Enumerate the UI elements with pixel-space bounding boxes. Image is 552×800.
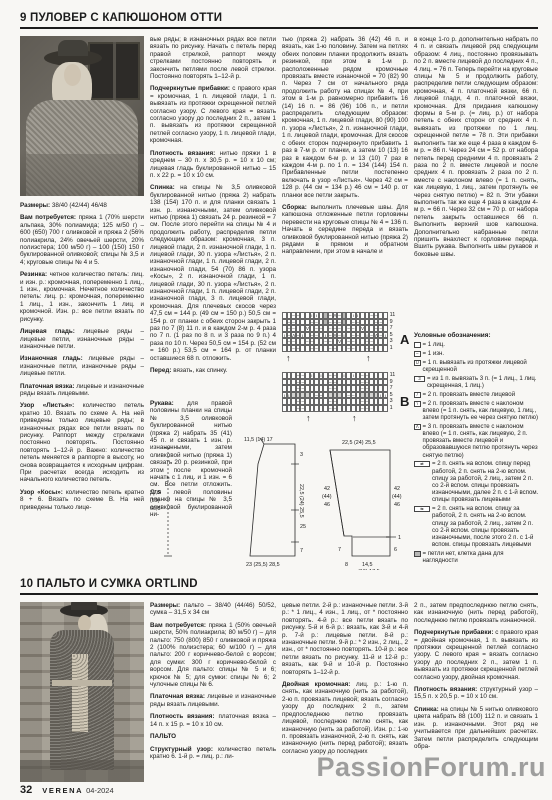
svg-text:3: 3 (300, 452, 303, 458)
legend-item: Λ = 3 п. провязать вместе с наклоном вле… (414, 423, 540, 459)
svg-text:7: 7 (338, 547, 341, 553)
svg-text:22,5 (24) 25,5: 22,5 (24) 25,5 (342, 440, 376, 446)
hat-crown (71, 602, 97, 610)
svg-text:42: 42 (394, 486, 400, 492)
knit-chart-b: ––ıı––ıı––11––––––9––––––7ıı––––ıı5–––––… (282, 372, 395, 412)
repeat-arrow-icon: ↑ (306, 413, 311, 423)
paragraph: вые ряды; в изнаночных рядах все петли в… (150, 36, 276, 80)
hat-crown (58, 40, 88, 56)
svg-text:(16) 17,5: (16) 17,5 (358, 569, 380, 570)
paragraph: Платочная вязка: лицевые и изнаночные ря… (150, 693, 276, 708)
paragraph: цевые петли. 2-й р.: изнаночные петли. 3… (282, 602, 408, 676)
paragraph: Плотность вязания: структурный узор – 15… (414, 686, 538, 701)
legend-item: ⇄ = 2 п. снять на вспом. спицу перед раб… (414, 460, 540, 503)
paragraph: Изнаночная гладь: лицевые ряды – изнаноч… (20, 355, 144, 377)
legend-item: – = 1 изн. (414, 350, 540, 357)
stitch-symbol-icon: \ (414, 401, 421, 407)
legend-item: U = 1 п. вывязать из протяжки лицевой ск… (414, 359, 540, 373)
svg-text:46: 46 (394, 502, 400, 508)
ground-shadow (20, 760, 144, 782)
svg-text:8: 8 (345, 562, 348, 568)
section9-title: 9 ПУЛОВЕР С КАПЮШОНОМ ОТТИ (20, 12, 538, 29)
svg-text:6: 6 (394, 547, 397, 553)
section9-column2: вые ряды; в изнаночных рядах все петли в… (150, 36, 276, 398)
legend-item: 3 = из 1 п. вывязать 3 п. (= 1 лиц., 1 л… (414, 375, 540, 389)
paragraph: Двойная кромочная: лиц. р.: 1-ю п. снять… (282, 681, 408, 755)
legend-item: = петли нет, клетка дана для наглядности (414, 550, 540, 564)
paragraph: Лицевая гладь: лицевые ряды – лицевые пе… (20, 328, 144, 350)
paragraph: Плотность вязания: платочная вязка – 14 … (150, 713, 276, 728)
schematic-sleeve: 22,5 (24) 25,5 42 (44) 46 42 (44) 46 7 6… (318, 434, 418, 570)
paragraph: Плотность вязания: нитью пряжи 1 в средн… (150, 150, 276, 180)
stitch-symbol-icon: Λ (414, 424, 421, 430)
chart-b-label: B (400, 394, 409, 409)
paragraph: ПАЛЬТО (150, 733, 276, 740)
paragraph: Вам потребуется: пряжа 1 (50% овечьей ше… (150, 622, 276, 689)
section9-column3: тью (пряжа 2) набрать 36 (42) 46 п. и вя… (282, 36, 408, 306)
stitch-symbol-icon: 3 (414, 376, 425, 382)
legend-title: Условные обозначения: (414, 332, 540, 339)
svg-text:(44): (44) (322, 494, 332, 500)
paragraph: Узор «Листья»: количество петель кратно … (20, 402, 144, 483)
watermark: PassionForum.ru (316, 752, 546, 783)
paragraph: 2 п., затем предпоследнюю петлю снять, к… (414, 602, 538, 624)
paragraph: Вам потребуется: пряжа 1 (70% шерсти аль… (20, 214, 144, 266)
paragraph: Подчеркнутые прибавки: с правого края = … (414, 629, 538, 681)
svg-text:22,5 (24) 25,5: 22,5 (24) 25,5 (298, 484, 304, 518)
svg-text:57,5: 57,5 (150, 490, 161, 496)
section10-column2: Размеры: пальто – 38/40 (44/46) 50/52, с… (150, 602, 276, 782)
chart-a-label: A (400, 332, 409, 347)
svg-text:25: 25 (300, 524, 306, 530)
svg-text:42: 42 (324, 486, 330, 492)
paragraph: Спинка: на спицы № 3,5 оливковой буклиро… (150, 184, 276, 362)
schematic-body: 57,5 (59) 60,5 11,5 (14) 17 3 22,5 (24) … (148, 434, 316, 570)
paragraph: Размеры: 38/40 (42/44) 46/48 (20, 202, 144, 209)
paragraph: Спинка: на спицы № 5 нитью оливкового цв… (414, 706, 538, 750)
page-footer: 32VERENA04-2024 (20, 784, 114, 796)
magazine-page: 9 ПУЛОВЕР С КАПЮШОНОМ ОТТИ Размеры: 38/4… (0, 0, 552, 800)
repeat-arrow-icon: ↑ (286, 353, 291, 363)
section9-column1: Размеры: 38/40 (42/44) 46/48Вам потребуе… (20, 202, 144, 574)
section10-title: 10 ПАЛЬТО И СУМКА ORTLIND (20, 578, 538, 595)
svg-text:60,5: 60,5 (150, 506, 161, 512)
face-shape (64, 64, 81, 86)
paragraph: Структурный узор: количество петель крат… (150, 746, 276, 761)
scarf-shape (72, 654, 88, 732)
photo-pullover-otti (20, 36, 144, 196)
paragraph: Подчеркнутые прибавки: с правого края = … (150, 85, 276, 144)
stitch-symbol-icon (414, 342, 421, 348)
legend-item: = 1 лиц. (414, 341, 540, 348)
legend-item: / = 2 п. провязать вместе лицевой (414, 391, 540, 398)
repeat-arrow-icon: ↑ (352, 413, 357, 423)
stitch-symbol-icon: / (414, 392, 421, 398)
paragraph: Сборка: выполнить плечевые швы. Для капю… (282, 204, 408, 256)
svg-text:46: 46 (324, 502, 330, 508)
svg-text:7: 7 (300, 548, 303, 554)
svg-text:23 (25,5) 28,5: 23 (25,5) 28,5 (246, 562, 280, 568)
window-bar (113, 42, 116, 100)
repeat-arrow-icon: ↑ (366, 353, 371, 363)
legend-item: ⇆ = 2 п. снять на вспом. спицу за работо… (414, 505, 540, 548)
paragraph: Размеры: пальто – 38/40 (44/46) 50/52, с… (150, 602, 276, 617)
paragraph: в конце 1-го р. дополнительно набрать по… (414, 36, 538, 258)
legend-items: = 1 лиц. – = 1 изн. U = 1 п. вывязать из… (414, 341, 540, 564)
paragraph: тью (пряжа 2) набрать 36 (42) 46 п. и вя… (282, 36, 408, 199)
magazine-name: VERENA (42, 786, 83, 795)
issue-number: 04-2024 (86, 786, 114, 795)
paragraph: Платочная вязка: лицевые и изнаночные ря… (20, 383, 144, 398)
legend-item: \ = 2 п. провязать вместе с наклоном вле… (414, 400, 540, 422)
photo-foreground (20, 154, 144, 196)
stitch-symbol-icon: – (414, 351, 421, 357)
svg-text:(59): (59) (150, 498, 160, 504)
stitch-symbol-icon: U (414, 360, 421, 366)
svg-text:(44): (44) (392, 494, 402, 500)
symbols-legend: Условные обозначения: = 1 лиц. – = 1 изн… (414, 332, 540, 572)
paragraph: Узор «Косы»: количество петель кратно 8 … (20, 489, 144, 511)
belt-shape (52, 680, 112, 686)
section9-column4: в конце 1-го р. дополнительно набрать по… (414, 36, 538, 328)
knit-chart-a: ––ıı–Λ–ıı––11–––––––––––9––V–––––––V––7ı… (282, 312, 395, 352)
paragraph: Перед: вязать, как спинку. (150, 367, 276, 374)
svg-text:11,5 (14) 17: 11,5 (14) 17 (244, 437, 273, 443)
svg-text:14,5: 14,5 (362, 562, 373, 568)
photo-coat-ortlind (20, 602, 144, 782)
page-number: 32 (20, 784, 32, 796)
paragraph: Резинка: четное количество петель: лиц. … (20, 271, 144, 323)
svg-text:1: 1 (398, 535, 401, 541)
